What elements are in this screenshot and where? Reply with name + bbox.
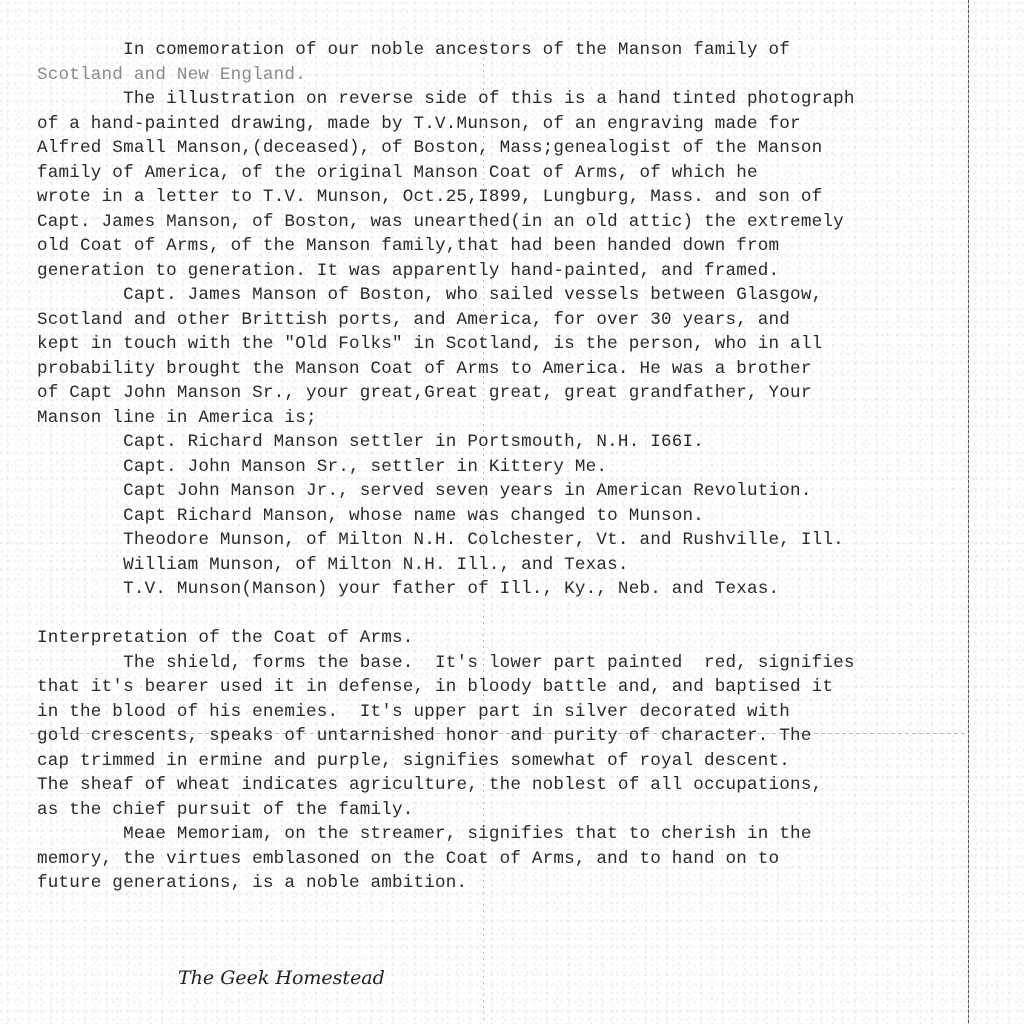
text-line: gold crescents, speaks of untarnished ho… — [37, 724, 967, 749]
text-line: memory, the virtues emblasoned on the Co… — [37, 847, 967, 872]
text-line: Alfred Small Manson,(deceased), of Bosto… — [37, 136, 967, 161]
typed-letter-page: In comemoration of our noble ancestors o… — [0, 0, 968, 1024]
page-edge — [968, 0, 969, 1024]
text-line: in the blood of his enemies. It's upper … — [37, 700, 967, 725]
text-line: of Capt John Manson Sr., your great,Grea… — [37, 381, 967, 406]
text-line: cap trimmed in ermine and purple, signif… — [37, 749, 967, 774]
watermark-signature: The Geek Homestead — [178, 967, 385, 989]
text-line: The shield, forms the base. It's lower p… — [37, 651, 967, 676]
text-line: future generations, is a noble ambition. — [37, 871, 967, 896]
lineage-item: Capt. John Manson Sr., settler in Kitter… — [37, 455, 967, 480]
lineage-item: Capt Richard Manson, whose name was chan… — [37, 504, 967, 529]
lineage-item: Capt. Richard Manson settler in Portsmou… — [37, 430, 967, 455]
text-line: Capt. James Manson, of Boston, was unear… — [37, 210, 967, 235]
text-line: In comemoration of our noble ancestors o… — [37, 38, 967, 63]
intro-paragraph: In comemoration of our noble ancestors o… — [37, 38, 967, 87]
text-line: Manson line in America is; — [37, 406, 967, 431]
text-line: kept in touch with the "Old Folks" in Sc… — [37, 332, 967, 357]
lineage-list: Capt. Richard Manson settler in Portsmou… — [37, 430, 967, 602]
lineage-item: T.V. Munson(Manson) your father of Ill.,… — [37, 577, 967, 602]
text-line: generation to generation. It was apparen… — [37, 259, 967, 284]
text-line: probability brought the Manson Coat of A… — [37, 357, 967, 382]
text-line: Scotland and New England. — [37, 63, 967, 88]
lineage-item: Theodore Munson, of Milton N.H. Colchest… — [37, 528, 967, 553]
text-line: Capt. James Manson of Boston, who sailed… — [37, 283, 967, 308]
text-line: Meae Memoriam, on the streamer, signifie… — [37, 822, 967, 847]
illustration-paragraph: The illustration on reverse side of this… — [37, 87, 967, 283]
text-line: as the chief pursuit of the family. — [37, 798, 967, 823]
lineage-item: Capt John Manson Jr., served seven years… — [37, 479, 967, 504]
text-line: old Coat of Arms, of the Manson family,t… — [37, 234, 967, 259]
section-heading: Interpretation of the Coat of Arms. — [37, 626, 967, 651]
text-line: Scotland and other Brittish ports, and A… — [37, 308, 967, 333]
letter-body: In comemoration of our noble ancestors o… — [37, 38, 967, 896]
text-line: wrote in a letter to T.V. Munson, Oct.25… — [37, 185, 967, 210]
text-line: of a hand-painted drawing, made by T.V.M… — [37, 112, 967, 137]
text-line: family of America, of the original Manso… — [37, 161, 967, 186]
text-line: The sheaf of wheat indicates agriculture… — [37, 773, 967, 798]
james-manson-paragraph: Capt. James Manson of Boston, who sailed… — [37, 283, 967, 430]
lineage-item: William Munson, of Milton N.H. Ill., and… — [37, 553, 967, 578]
interpretation-paragraph: The shield, forms the base. It's lower p… — [37, 651, 967, 823]
closing-paragraph: Meae Memoriam, on the streamer, signifie… — [37, 822, 967, 896]
text-line: The illustration on reverse side of this… — [37, 87, 967, 112]
blank-line — [37, 602, 967, 627]
text-line: that it's bearer used it in defense, in … — [37, 675, 967, 700]
